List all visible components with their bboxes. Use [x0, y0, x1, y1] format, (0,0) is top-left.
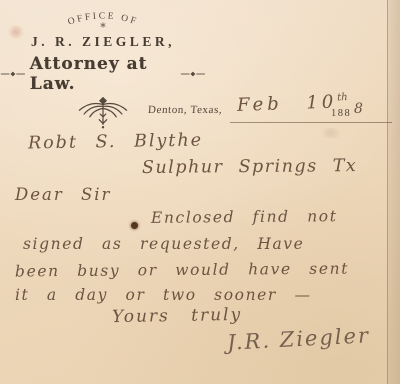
- ink-blot: [131, 222, 138, 229]
- eagle-ornament-icon: [75, 97, 131, 131]
- date-rule-line: [230, 122, 392, 123]
- body-line: signed as requested, Have: [23, 235, 304, 253]
- body-line: Enclosed find not: [151, 207, 338, 227]
- flourish-left-icon: [0, 69, 26, 79]
- handwritten-month-day: Feb 10: [237, 91, 338, 115]
- body-line: it a day or two sooner —: [15, 286, 312, 304]
- signature: J.R. Ziegler: [226, 323, 370, 354]
- recipient-name: Robt S. Blythe: [28, 130, 203, 153]
- paper-smudge: [318, 128, 344, 138]
- handwritten-date: Feb 10th: [237, 91, 348, 116]
- flourish-right-icon: [180, 69, 206, 79]
- recipient-place: Sulphur Springs Tx: [142, 156, 357, 178]
- star-ornament-icon: *: [100, 25, 106, 31]
- handwritten-year-digit: 8: [354, 101, 363, 117]
- body-line: been busy or would have sent: [15, 260, 349, 281]
- letterhead-name: J. R. ZIEGLER,: [31, 34, 175, 50]
- handwritten-ordinal-suffix: th: [337, 92, 348, 103]
- paper-edge: [387, 0, 400, 384]
- scanned-letter: OFFICE OF * J. R. ZIEGLER, Attorney at L…: [0, 0, 400, 384]
- printed-place-date-label: Denton, Texas,: [148, 104, 223, 116]
- letterhead-title: Attorney at Law.: [30, 54, 176, 94]
- salutation: Dear Sir: [15, 185, 111, 204]
- closing: Yours truly: [112, 305, 242, 327]
